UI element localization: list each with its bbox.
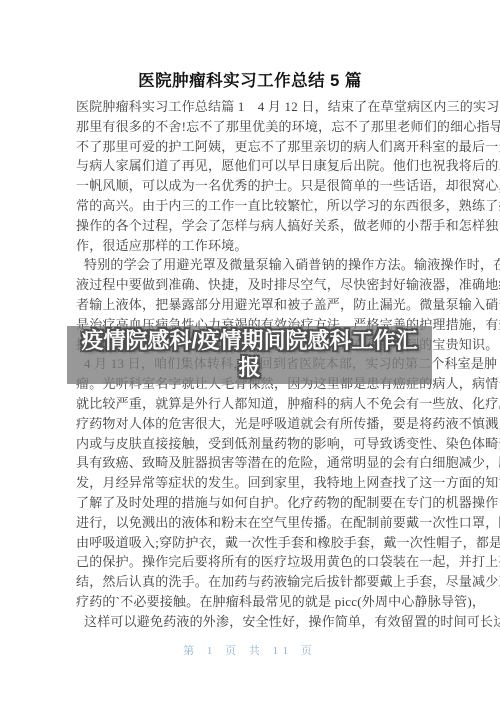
doc-line: 不了那里可爱的护工阿姨，更忘不了那里亲切的病人们离开科室的最后一天，: [76, 137, 428, 157]
doc-line: 医院肿瘤科实习工作总结篇 1 4 月 12 日，结束了在草堂病区内三的实习。对: [76, 97, 428, 117]
doc-line: 由呼吸道吸入;穿防护衣，戴一次性手套和橡胶手套，戴一次性帽子，都是对自: [76, 533, 428, 553]
watermark-overlay: 疫情院感科/疫情期间院感科工作汇 报: [67, 326, 432, 384]
doc-line: 这样可以避免药液的外渗，安全性好，操作简单，有效留置的时间可长达一: [76, 612, 428, 632]
doc-line: 内或与皮肤直接接触，受到低剂量药物的影响，可导致诱变性、染色体畸变，: [76, 434, 428, 454]
doc-line: 就比较严重，就算是外行人都知道，肿瘤科的病人不免会有一些放、化疗。化: [76, 394, 428, 414]
doc-title: 医院肿瘤科实习工作总结 5 篇: [0, 72, 500, 90]
document-page: 医院肿瘤科实习工作总结 5 篇 医院肿瘤科实习工作总结篇 1 4 月 12 日，…: [0, 0, 500, 706]
doc-line: 特别的学会了用避光罩及微量泵输入硝普钠的操作方法。输液操作时，在排: [76, 255, 428, 275]
doc-line: 进行，以免溅出的液体和粉末在空气里传播。在配制前要戴一次性口罩，防止: [76, 513, 428, 533]
doc-line: 一帆风顺，可以成为一名优秀的护士。只是很简单的一些话语，却很窝心，非: [76, 176, 428, 196]
page-number: 第 1 页 共 11 页: [0, 642, 500, 658]
doc-line: 结，然后认真的洗手。在加药与药液输完后拔针都要戴上手套，尽量减少对化: [76, 572, 428, 592]
doc-line: 发，月经异常等症状的发生。回到家里，我特地上网查找了这一方面的知识，: [76, 473, 428, 493]
doc-line: 作，很适应那样的工作环境。: [76, 236, 428, 256]
doc-line: 与病人家属们道了再见，愿他们可以早日康复后出院。他们也祝我将后的工作: [76, 156, 428, 176]
doc-line: 操作的各个过程，学会了怎样与病人搞好关系，做老师的小帮手和怎样独自操: [76, 216, 428, 236]
doc-line: 常的高兴。由于内三的工作一直比较繁忙，所以学习的东西很多，熟练了护理: [76, 196, 428, 216]
doc-line: 疗药物对人体的危害很大，光是呼吸道就会有所传播，要是将药液不慎溅入眼: [76, 414, 428, 434]
doc-line: 己的保护。操作完后要将所有的医疗垃圾用黄色的口袋装在一起，并打上死: [76, 552, 428, 572]
doc-line: 具有致癌、致畸及脏器损害等潜在的危险，通常明显的会有白细胞减少，脱: [76, 453, 428, 473]
doc-line: 液过程中要做到准确、快捷，及时排尽空气，尽快密封好输液器，准确地给患: [76, 275, 428, 295]
doc-line: 那里有很多的不舍!忘不了那里优美的环境，忘不了那里老师们的细心指导，忘: [76, 117, 428, 137]
doc-line: 者输上液体，把暴露部分用避光罩和被子盖严，防止漏光。微量泵输入硝普钠: [76, 295, 428, 315]
doc-line: 了解了及时处理的措施与如何自护。化疗药物的配制要在专门的机器操作台上: [76, 493, 428, 513]
watermark-text-line2: 报: [67, 354, 432, 381]
watermark-text-line1: 疫情院感科/疫情期间院感科工作汇: [67, 327, 432, 354]
doc-line: 疗药的`不必要接触。在肿瘤科最常见的就是 picc(外周中心静脉导管)，: [76, 592, 428, 612]
